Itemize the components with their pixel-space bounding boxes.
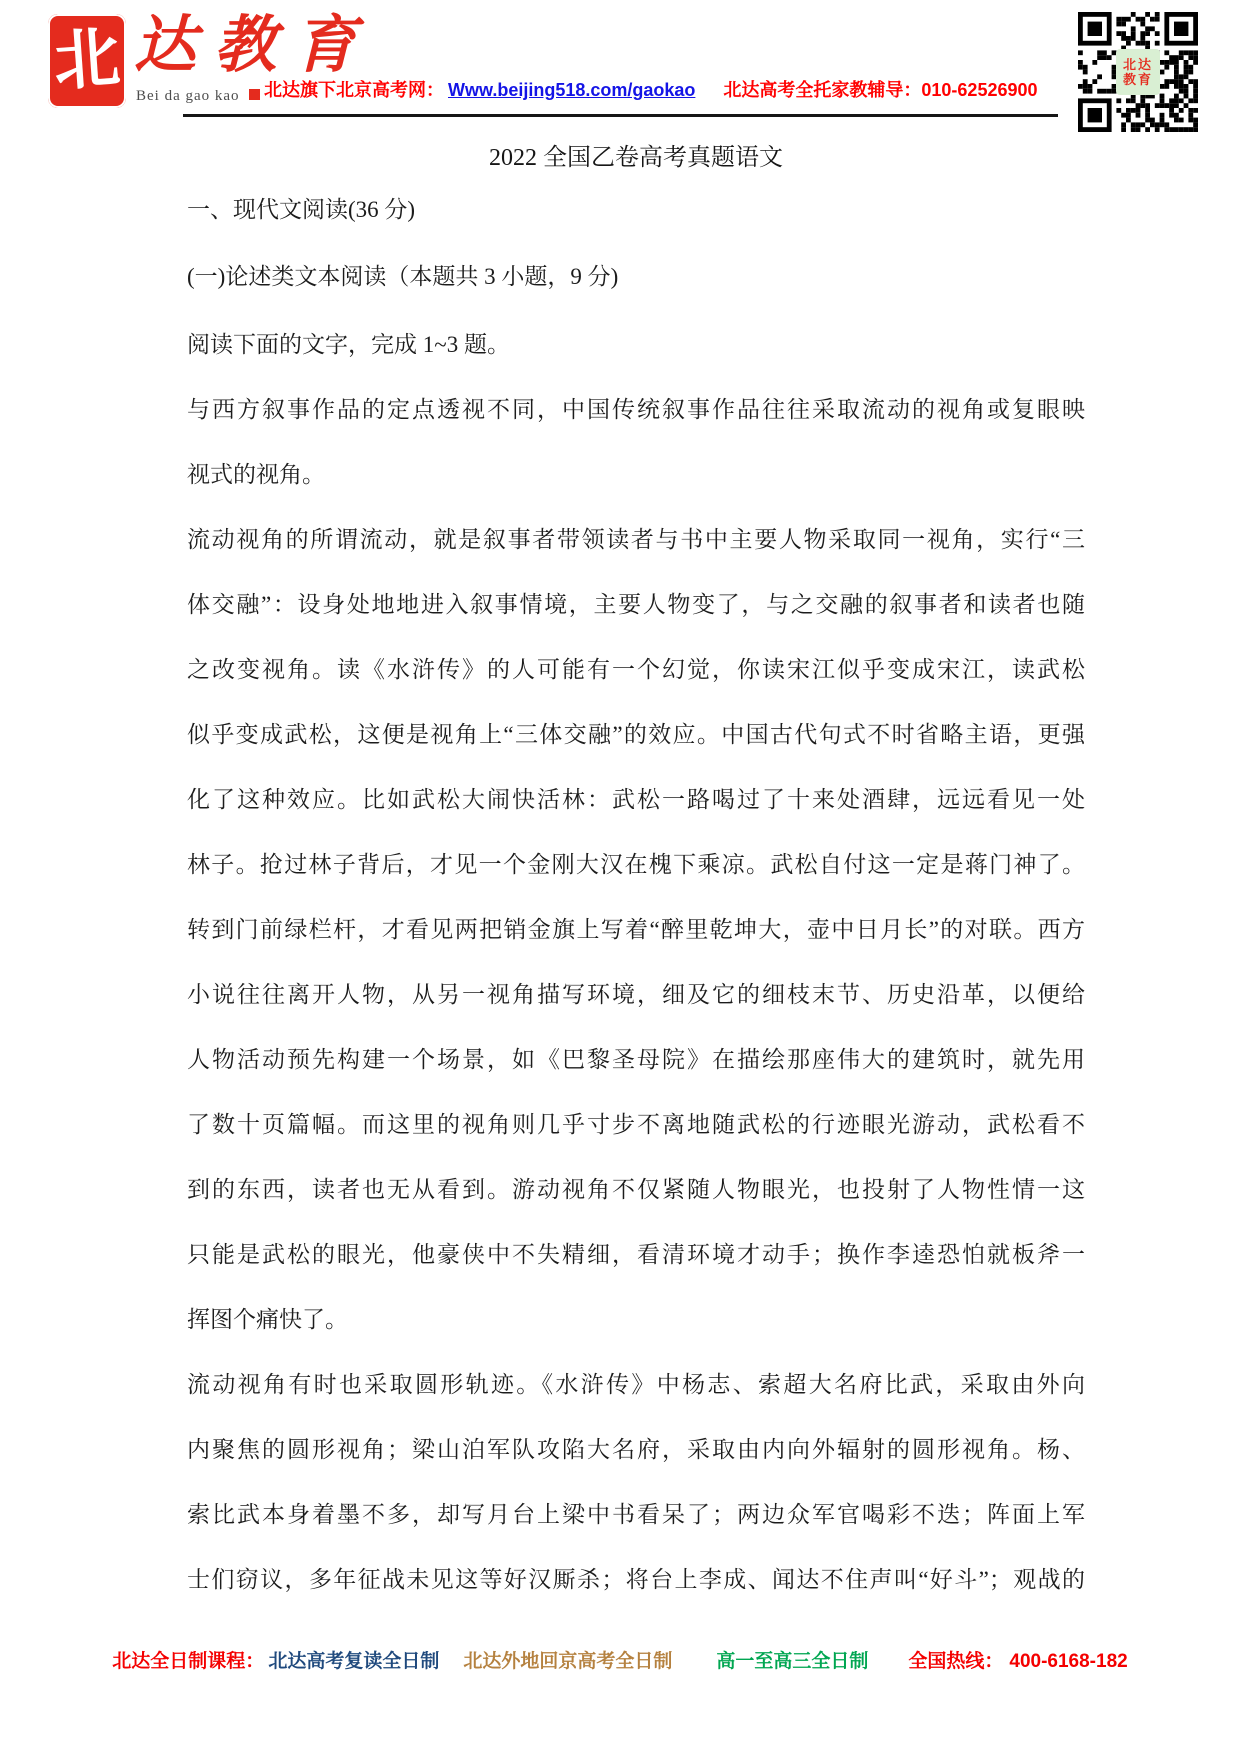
footer-course-nonlocal: 北达外地回京高考全日制: [463, 1646, 672, 1673]
qr-label-line1: 北达: [1123, 57, 1153, 72]
body-line: 化了这种效应。比如武松大闹快活林：武松一路喝过了十来处酒肆，远远看见一处: [187, 768, 1085, 832]
body-line: 流动视角的所谓流动，就是叙事者带领读者与书中主要人物采取同一视角，实行“三: [187, 508, 1085, 572]
qr-center-label: 北达 教育: [1116, 49, 1160, 95]
body-line: 流动视角有时也采取圆形轨迹。《水浒传》中杨志、索超大名府比武，采取由外向: [187, 1353, 1085, 1417]
body-line: (一)论述类文本阅读（本题共 3 小题，9 分): [187, 245, 1085, 309]
body-line: 林子。抢过林子背后，才见一个金刚大汉在槐下乘凉。武松自付这一定是蒋门神了。: [187, 833, 1085, 897]
footer-hotline-label: 全国热线：: [908, 1646, 1003, 1673]
body-line: 转到门前绿栏杆，才看见两把销金旗上写着“醉里乾坤大，壶中日月长”的对联。西方: [187, 898, 1085, 962]
body-line: 索比武本身着墨不多，却写月台上梁中书看呆了；两边众军官喝彩不迭；阵面上军: [187, 1483, 1085, 1547]
footer-courses-label: 北达全日制课程：: [112, 1646, 264, 1673]
body-line: 小说往往离开人物，从另一视角描写环境，细及它的细枝末节、历史沿革，以便给: [187, 963, 1085, 1027]
body-line: 到的东西，读者也无从看到。游动视角不仅紧随人物眼光，也投射了人物性情一这: [187, 1158, 1085, 1222]
body-line: 阅读下面的文字，完成 1~3 题。: [187, 313, 1085, 377]
body-line: 内聚焦的圆形视角；梁山泊军队攻陷大名府，采取由内向外辐射的圆形视角。杨、: [187, 1418, 1085, 1482]
body-line: 士们窃议，多年征战未见这等好汉厮杀；将台上李成、闻达不住声叫“好斗”；观战的: [187, 1548, 1085, 1612]
body-line: 视式的视角。: [187, 443, 1085, 507]
body-line: 似乎变成武松，这便是视角上“三体交融”的效应。中国古代句式不时省略主语，更强: [187, 703, 1085, 767]
logo-seal: 北: [48, 14, 126, 108]
body-line: 一、现代文阅读(36 分): [187, 178, 1085, 242]
qr-code: 北达 教育: [1078, 12, 1198, 132]
body-line: 了数十页篇幅。而这里的视角则几乎寸步不离地随武松的行迹眼光游动，武松看不: [187, 1093, 1085, 1157]
footer-hotline-number: 400-6168-182: [1009, 1651, 1127, 1673]
body-line: 人物活动预先构建一个场景，如《巴黎圣母院》在描绘那座伟大的建筑时，就先用: [187, 1028, 1085, 1092]
exam-document-page: 北 达教育 Bei da gao kao 北达旗下北京高考网：Www.beiji…: [0, 0, 1240, 1754]
footer-bar: 北达全日制课程： 北达高考复读全日制 北达外地回京高考全日制 高一至高三全日制 …: [0, 1646, 1240, 1673]
document-body: 一、现代文阅读(36 分)(一)论述类文本阅读（本题共 3 小题，9 分)阅读下…: [187, 0, 1085, 1754]
body-line: 之改变视角。读《水浒传》的人可能有一个幻觉，你读宋江似乎变成宋江，读武松: [187, 638, 1085, 702]
body-line: 与西方叙事作品的定点透视不同，中国传统叙事作品往往采取流动的视角或复眼映: [187, 378, 1085, 442]
footer-course-fulltime-repeat: 北达高考复读全日制: [268, 1646, 439, 1673]
qr-label-line2: 教育: [1123, 72, 1153, 87]
body-line: 只能是武松的眼光，他豪侠中不失精细，看清环境才动手；换作李逵恐怕就板斧一: [187, 1223, 1085, 1287]
body-line: 挥图个痛快了。: [187, 1288, 1085, 1352]
footer-course-grades: 高一至高三全日制: [716, 1646, 868, 1673]
body-line: 体交融”：设身处地地进入叙事情境，主要人物变了，与之交融的叙事者和读者也随: [187, 573, 1085, 637]
logo-seal-character: 北: [52, 26, 122, 96]
